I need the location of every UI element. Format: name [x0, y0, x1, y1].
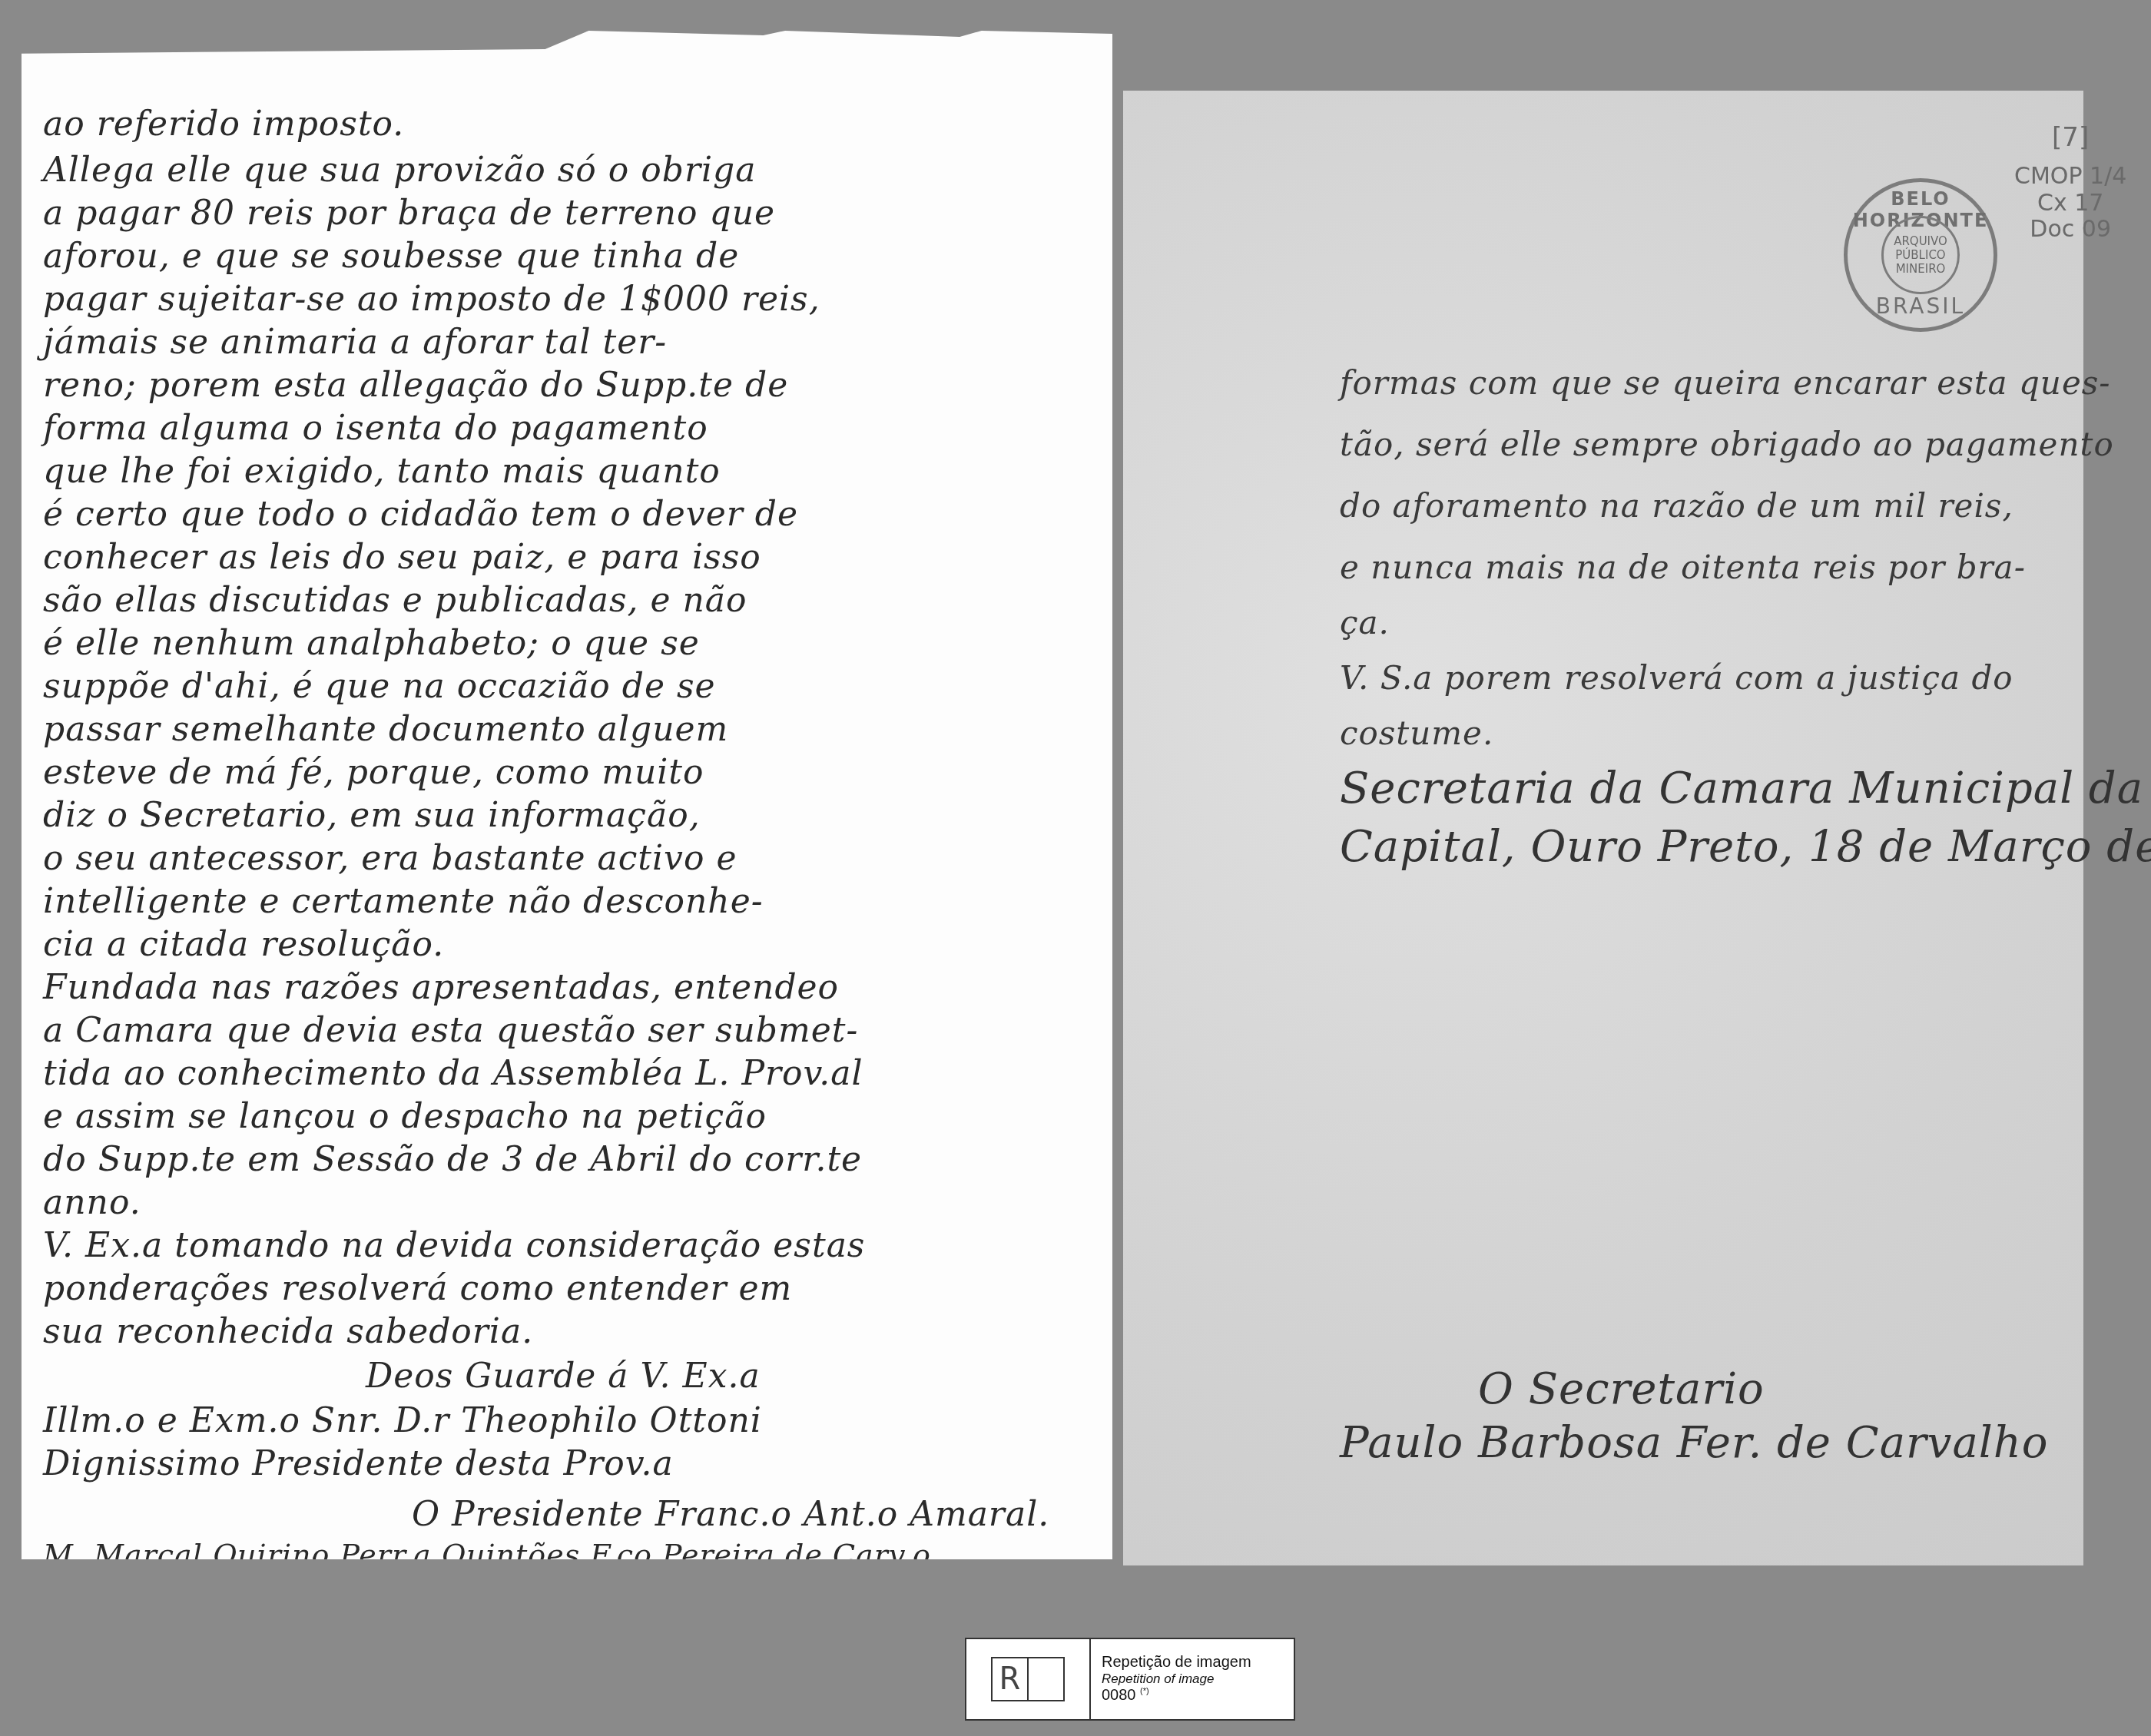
text-line: conhecer as leis do seu paiz, e para iss…	[43, 538, 761, 577]
text-line: Allega elle que sua provizão só o obriga	[43, 151, 756, 190]
text-line: pagar sujeitar-se ao imposto de 1$000 re…	[43, 280, 820, 319]
addressee-line: Dignissimo Presidente desta Prov.a	[43, 1444, 674, 1483]
text-line: aforou, e que se soubesse que tinha de	[43, 237, 739, 276]
text-line: a pagar 80 reis por braça de terreno que	[43, 194, 775, 233]
stamp-line: ARQUIVO	[1894, 234, 1947, 248]
text-line: anno.	[43, 1183, 141, 1222]
left-page-text: ao referido imposto. Allega elle que sua…	[43, 104, 1103, 1549]
text-line: diz o Secretario, em sua informação,	[43, 796, 701, 835]
text-line: do aforamento na razão de um mil reis,	[1340, 487, 2013, 525]
secretary-title: O Secretario	[1340, 1364, 1765, 1414]
right-page-text: formas com que se queira encarar esta qu…	[1340, 364, 2070, 1516]
addressee-line: Illm.o e Exm.o Snr. D.r Theophilo Ottoni	[43, 1401, 762, 1440]
document-number: Doc 09	[2014, 217, 2126, 244]
text-line: que lhe foi exigido, tanto mais quanto	[43, 452, 721, 491]
text-line: Fundada nas razões apresentadas, entende…	[43, 968, 839, 1007]
council-signatures: M. Marçal Quirino Perr.a Quintões F.co P…	[43, 1538, 931, 1572]
text-line: tida ao conhecimento da Assembléa L. Pro…	[43, 1054, 863, 1093]
text-line: é elle nenhum analphabeto; o que se	[43, 624, 700, 663]
text-line: é certo que todo o cidadão tem o dever d…	[43, 495, 798, 534]
text-line: intelligente e certamente não desconhe-	[43, 882, 764, 921]
note-marker: (*)	[1140, 1687, 1149, 1696]
text-line: costume.	[1340, 714, 1493, 752]
text-line: ponderações resolverá como entender em	[43, 1269, 792, 1308]
text-line: a Camara que devia esta questão ser subm…	[43, 1011, 858, 1050]
text-line: ça.	[1340, 604, 1390, 641]
stamp-inner-ring: ARQUIVO PÚBLICO MINEIRO	[1881, 216, 1960, 294]
label-title-en: Repetition of image	[1102, 1671, 1251, 1687]
label-title-pt: Repetição de imagem	[1102, 1654, 1251, 1671]
stamp-line: PÚBLICO	[1895, 248, 1945, 262]
text-line: passar semelhante documento alguem	[43, 710, 728, 749]
repetition-label: R Repetição de imagem Repetition of imag…	[965, 1638, 1295, 1721]
text-line: sua reconhecida sabedoria.	[43, 1312, 533, 1351]
text-line: do Supp.te em Sessão de 3 de Abril do co…	[43, 1140, 862, 1179]
text-line: formas com que se queira encarar esta qu…	[1340, 364, 2110, 402]
text-line: reno; porem esta allegação do Supp.te de	[43, 366, 788, 405]
open-book-icon: R	[991, 1657, 1065, 1701]
text-line: jámais se animaria a aforar tal ter-	[43, 323, 667, 362]
left-manuscript-page: ao referido imposto. Allega elle que sua…	[22, 31, 1112, 1559]
stamp-country: BRASIL	[1848, 293, 1994, 319]
stamp-line: MINEIRO	[1896, 262, 1946, 276]
text-line: são ellas discutidas e publicadas, e não	[43, 581, 747, 620]
archive-reference-note: [7] CMOP 1/4 Cx 17 Doc 09	[2014, 123, 2126, 244]
archive-stamp: BELO HORIZONTE ARQUIVO PÚBLICO MINEIRO B…	[1844, 178, 1997, 332]
text-line: V. Ex.a tomando na devida consideração e…	[43, 1226, 865, 1265]
text-line: tão, será elle sempre obrigado ao pagame…	[1340, 426, 2114, 463]
text-line: ao referido imposto.	[43, 104, 404, 144]
text-line: esteve de má fé, porque, como muito	[43, 753, 704, 792]
text-line: cia a citada resolução.	[43, 925, 444, 964]
secretary-signature: Paulo Barbosa Fer. de Carvalho	[1340, 1418, 2049, 1468]
text-line: o seu antecessor, era bastante activo e	[43, 839, 737, 878]
text-line: e nunca mais na de oitenta reis por bra-	[1340, 548, 2026, 586]
dateline: Capital, Ouro Preto, 18 de Março de 1882…	[1340, 822, 2151, 872]
image-number: 0080	[1102, 1687, 1136, 1704]
closing-salutation: Deos Guarde á V. Ex.a	[43, 1357, 761, 1396]
box-number: Cx 17	[2014, 190, 2126, 217]
text-line: forma alguma o isenta do pagamento	[43, 409, 708, 448]
fund-code: CMOP 1/4	[2014, 164, 2126, 190]
folio-number: [7]	[2014, 123, 2126, 153]
book-letter: R	[993, 1658, 1027, 1700]
text-line: V. S.a porem resolverá com a justiça do	[1340, 659, 2013, 697]
dateline: Secretaria da Camara Municipal da	[1340, 764, 2143, 813]
text-line: e assim se lançou o despacho na petição	[43, 1097, 767, 1136]
president-signature: O Presidente Franc.o Ant.o Amaral.	[43, 1495, 1049, 1534]
text-line: suppõe d'ahi, é que na occazião de se	[43, 667, 716, 706]
